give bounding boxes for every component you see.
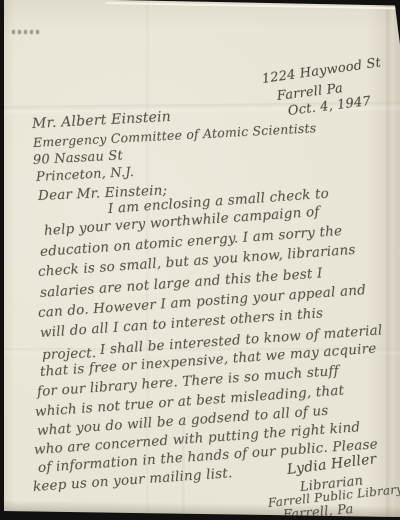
letter-paper: 1224 Haywood St Farrell Pa Oct. 4, 1947 … (0, 0, 400, 520)
sender-address-line: 1224 Haywood St (261, 55, 382, 87)
recipient-line: Princeton, N.J. (36, 165, 135, 185)
fold-crease-vertical-right (386, 0, 394, 520)
recipient-line: 90 Nassau St (33, 148, 124, 168)
scanned-letter-page: 1224 Haywood St Farrell Pa Oct. 4, 1947 … (0, 0, 400, 520)
paper-top-edge (106, 2, 398, 9)
corner-mark-icon (12, 30, 39, 34)
